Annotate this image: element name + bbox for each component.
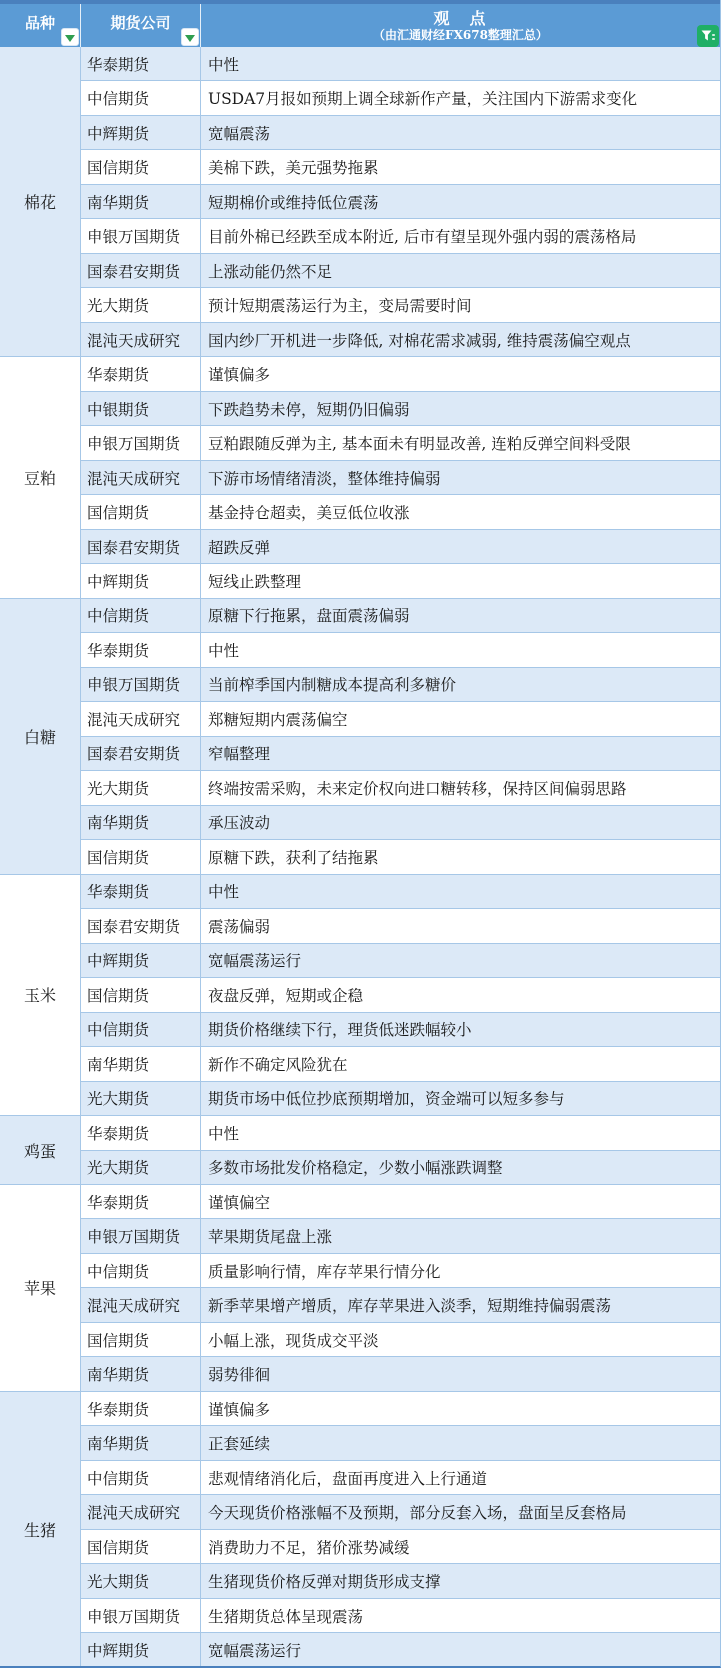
variety-cell: 棉花 (0, 47, 81, 357)
table-row: 南华期货弱势徘徊 (81, 1357, 720, 1391)
table-row: 华泰期货中性 (81, 47, 720, 81)
company-cell: 光大期货 (81, 1564, 201, 1597)
variety-cell: 玉米 (0, 875, 81, 1116)
view-cell: 美棉下跌，美元强势拖累 (201, 150, 720, 183)
table-row: 国泰君安期货震荡偏弱 (81, 909, 720, 943)
table-row: 国信期货原糖下跌，获利了结拖累 (81, 840, 720, 874)
view-cell: 质量影响行情，库存苹果行情分化 (201, 1254, 720, 1287)
company-cell: 混沌天成研究 (81, 323, 201, 356)
group-rows: 华泰期货中性中信期货USDA7月报如预期上调全球新作产量，关注国内下游需求变化中… (81, 47, 720, 357)
view-cell: 小幅上涨，现货成交平淡 (201, 1323, 720, 1356)
table-row: 申银万国期货生猪期货总体呈现震荡 (81, 1599, 720, 1633)
group-rows: 华泰期货谨慎偏多中银期货下跌趋势未停，短期仍旧偏弱申银万国期货豆粕跟随反弹为主,… (81, 357, 720, 598)
table-row: 中辉期货宽幅震荡 (81, 116, 720, 150)
filter-dropdown-icon (65, 35, 75, 42)
company-cell: 南华期货 (81, 1357, 201, 1390)
table-row: 混沌天成研究新季苹果增产增质，库存苹果进入淡季，短期维持偏弱震荡 (81, 1288, 720, 1322)
variety-cell: 生猪 (0, 1392, 81, 1668)
view-cell: 今天现货价格涨幅不及预期，部分反套入场，盘面呈反套格局 (201, 1495, 720, 1528)
company-cell: 华泰期货 (81, 1392, 201, 1425)
view-cell: 谨慎偏多 (201, 1392, 720, 1425)
view-cell: 中性 (201, 633, 720, 666)
table-row: 国泰君安期货超跌反弹 (81, 530, 720, 564)
company-cell: 国信期货 (81, 1323, 201, 1356)
table-row: 光大期货期货市场中低位抄底预期增加，资金端可以短多参与 (81, 1082, 720, 1116)
view-cell: 谨慎偏空 (201, 1185, 720, 1218)
view-cell: 豆粕跟随反弹为主, 基本面未有明显改善, 连粕反弹空间料受限 (201, 426, 720, 459)
filter-funnel-icon (700, 28, 716, 44)
company-cell: 国信期货 (81, 978, 201, 1011)
company-cell: 国泰君安期货 (81, 737, 201, 770)
view-cell: 震荡偏弱 (201, 909, 720, 942)
commodity-group: 苹果华泰期货谨慎偏空申银万国期货苹果期货尾盘上涨中信期货质量影响行情，库存苹果行… (0, 1185, 720, 1392)
table-row: 国信期货小幅上涨，现货成交平淡 (81, 1323, 720, 1357)
table-row: 光大期货预计短期震荡运行为主，变局需要时间 (81, 288, 720, 322)
company-cell: 中辉期货 (81, 564, 201, 597)
view-cell: 期货市场中低位抄底预期增加，资金端可以短多参与 (201, 1082, 720, 1115)
view-cell: 中性 (201, 875, 720, 908)
company-cell: 国信期货 (81, 1530, 201, 1563)
company-cell: 南华期货 (81, 185, 201, 218)
table-row: 国信期货夜盘反弹，短期或企稳 (81, 978, 720, 1012)
table-row: 中信期货原糖下行拖累，盘面震荡偏弱 (81, 599, 720, 633)
table-row: 光大期货多数市场批发价格稳定，少数小幅涨跌调整 (81, 1151, 720, 1185)
header-view-title: 观 点 (433, 9, 487, 28)
view-cell: 谨慎偏多 (201, 357, 720, 390)
variety-cell: 苹果 (0, 1185, 81, 1392)
commodity-group: 玉米华泰期货中性国泰君安期货震荡偏弱中辉期货宽幅震荡运行国信期货夜盘反弹，短期或… (0, 875, 720, 1116)
table-row: 申银万国期货当前榨季国内制糖成本提高利多糖价 (81, 668, 720, 702)
view-cell: 国内纱厂开机进一步降低, 对棉花需求减弱, 维持震荡偏空观点 (201, 323, 720, 356)
group-rows: 华泰期货谨慎偏空申银万国期货苹果期货尾盘上涨中信期货质量影响行情，库存苹果行情分… (81, 1185, 720, 1392)
company-filter-button[interactable] (181, 28, 199, 46)
company-cell: 申银万国期货 (81, 426, 201, 459)
company-cell: 南华期货 (81, 806, 201, 839)
table-row: 国信期货基金持仓超卖，美豆低位收涨 (81, 495, 720, 529)
table-row: 申银万国期货苹果期货尾盘上涨 (81, 1219, 720, 1253)
company-cell: 国泰君安期货 (81, 254, 201, 287)
view-cell: 弱势徘徊 (201, 1357, 720, 1390)
table-row: 混沌天成研究下游市场情绪清淡，整体维持偏弱 (81, 461, 720, 495)
table-row: 中辉期货宽幅震荡运行 (81, 944, 720, 978)
variety-cell: 豆粕 (0, 357, 81, 598)
commodity-group: 白糖中信期货原糖下行拖累，盘面震荡偏弱华泰期货中性申银万国期货当前榨季国内制糖成… (0, 599, 720, 875)
company-cell: 混沌天成研究 (81, 461, 201, 494)
view-cell: 中性 (201, 1116, 720, 1149)
table-row: 中银期货下跌趋势未停，短期仍旧偏弱 (81, 392, 720, 426)
header-company-label: 期货公司 (110, 12, 170, 33)
company-cell: 国信期货 (81, 495, 201, 528)
view-cell: 中性 (201, 47, 720, 80)
view-cell: 宽幅震荡运行 (201, 1633, 720, 1666)
view-cell: 终端按需采购，未来定价权向进口糖转移，保持区间偏弱思路 (201, 771, 720, 804)
company-cell: 申银万国期货 (81, 1219, 201, 1252)
company-cell: 混沌天成研究 (81, 702, 201, 735)
view-cell: 生猪期货总体呈现震荡 (201, 1599, 720, 1632)
table-row: 混沌天成研究国内纱厂开机进一步降低, 对棉花需求减弱, 维持震荡偏空观点 (81, 323, 720, 357)
company-cell: 申银万国期货 (81, 1599, 201, 1632)
table-row: 国信期货美棉下跌，美元强势拖累 (81, 150, 720, 184)
group-rows: 华泰期货中性国泰君安期货震荡偏弱中辉期货宽幅震荡运行国信期货夜盘反弹，短期或企稳… (81, 875, 720, 1116)
table-row: 中信期货USDA7月报如预期上调全球新作产量，关注国内下游需求变化 (81, 81, 720, 115)
table-row: 中信期货期货价格继续下行，理货低迷跌幅较小 (81, 1013, 720, 1047)
variety-filter-button[interactable] (61, 28, 79, 46)
header-view-subtitle: （由汇通财经FX678整理汇总） (373, 28, 548, 43)
view-cell: USDA7月报如预期上调全球新作产量，关注国内下游需求变化 (201, 81, 720, 114)
table-row: 中辉期货短线止跌整理 (81, 564, 720, 598)
view-cell: 预计短期震荡运行为主，变局需要时间 (201, 288, 720, 321)
commodity-group: 生猪华泰期货谨慎偏多南华期货正套延续中信期货悲观情绪消化后，盘面再度进入上行通道… (0, 1392, 720, 1668)
table-row: 混沌天成研究郑糖短期内震荡偏空 (81, 702, 720, 736)
commodity-group: 鸡蛋华泰期货中性光大期货多数市场批发价格稳定，少数小幅涨跌调整 (0, 1116, 720, 1185)
view-cell: 下跌趋势未停，短期仍旧偏弱 (201, 392, 720, 425)
table-row: 华泰期货中性 (81, 875, 720, 909)
view-cell: 宽幅震荡 (201, 116, 720, 149)
company-cell: 华泰期货 (81, 357, 201, 390)
header-variety-label: 品种 (25, 12, 55, 33)
table-row: 南华期货短期棉价或维持低位震荡 (81, 185, 720, 219)
table-row: 南华期货承压波动 (81, 806, 720, 840)
table-row: 南华期货正套延续 (81, 1426, 720, 1460)
company-cell: 中银期货 (81, 392, 201, 425)
group-rows: 华泰期货谨慎偏多南华期货正套延续中信期货悲观情绪消化后，盘面再度进入上行通道混沌… (81, 1392, 720, 1668)
company-cell: 光大期货 (81, 1082, 201, 1115)
table-row: 申银万国期货豆粕跟随反弹为主, 基本面未有明显改善, 连粕反弹空间料受限 (81, 426, 720, 460)
table-body: 棉花华泰期货中性中信期货USDA7月报如预期上调全球新作产量，关注国内下游需求变… (0, 47, 720, 1668)
view-cell: 悲观情绪消化后，盘面再度进入上行通道 (201, 1461, 720, 1494)
company-cell: 华泰期货 (81, 1116, 201, 1149)
table-row: 国泰君安期货窄幅整理 (81, 737, 720, 771)
company-cell: 中信期货 (81, 1013, 201, 1046)
header-view: 观 点 （由汇通财经FX678整理汇总） (201, 4, 720, 47)
view-cell: 新作不确定风险犹在 (201, 1047, 720, 1080)
company-cell: 光大期货 (81, 288, 201, 321)
table-row: 中信期货悲观情绪消化后，盘面再度进入上行通道 (81, 1461, 720, 1495)
company-cell: 混沌天成研究 (81, 1495, 201, 1528)
view-cell: 郑糖短期内震荡偏空 (201, 702, 720, 735)
view-cell: 新季苹果增产增质，库存苹果进入淡季，短期维持偏弱震荡 (201, 1288, 720, 1321)
view-cell: 夜盘反弹，短期或企稳 (201, 978, 720, 1011)
company-cell: 光大期货 (81, 771, 201, 804)
table-row: 光大期货终端按需采购，未来定价权向进口糖转移，保持区间偏弱思路 (81, 771, 720, 805)
futures-views-table: 品种 期货公司 观 点 （由汇通财经FX678整理汇总） 棉花华泰期货中性中信期… (0, 0, 721, 1668)
variety-cell: 鸡蛋 (0, 1116, 81, 1185)
table-row: 中信期货质量影响行情，库存苹果行情分化 (81, 1254, 720, 1288)
company-cell: 华泰期货 (81, 1185, 201, 1218)
company-cell: 华泰期货 (81, 875, 201, 908)
company-cell: 申银万国期货 (81, 219, 201, 252)
company-cell: 中信期货 (81, 1461, 201, 1494)
company-cell: 中辉期货 (81, 944, 201, 977)
company-cell: 南华期货 (81, 1047, 201, 1080)
company-cell: 中辉期货 (81, 1633, 201, 1666)
view-cell: 多数市场批发价格稳定，少数小幅涨跌调整 (201, 1151, 720, 1184)
table-row: 光大期货生猪现货价格反弹对期货形成支撑 (81, 1564, 720, 1598)
view-cell: 正套延续 (201, 1426, 720, 1459)
view-cell: 原糖下行拖累，盘面震荡偏弱 (201, 599, 720, 632)
company-cell: 华泰期货 (81, 633, 201, 666)
view-cell: 下游市场情绪清淡，整体维持偏弱 (201, 461, 720, 494)
toolbar-filter-button[interactable] (697, 25, 719, 47)
variety-cell: 白糖 (0, 599, 81, 875)
view-cell: 超跌反弹 (201, 530, 720, 563)
company-cell: 中信期货 (81, 81, 201, 114)
view-cell: 生猪现货价格反弹对期货形成支撑 (201, 1564, 720, 1597)
table-row: 华泰期货中性 (81, 1116, 720, 1150)
view-cell: 短线止跌整理 (201, 564, 720, 597)
company-cell: 申银万国期货 (81, 668, 201, 701)
view-cell: 承压波动 (201, 806, 720, 839)
table-row: 混沌天成研究今天现货价格涨幅不及预期，部分反套入场，盘面呈反套格局 (81, 1495, 720, 1529)
view-cell: 苹果期货尾盘上涨 (201, 1219, 720, 1252)
company-cell: 国信期货 (81, 840, 201, 873)
company-cell: 南华期货 (81, 1426, 201, 1459)
table-row: 南华期货新作不确定风险犹在 (81, 1047, 720, 1081)
table-row: 华泰期货谨慎偏空 (81, 1185, 720, 1219)
table-header: 品种 期货公司 观 点 （由汇通财经FX678整理汇总） (0, 0, 720, 47)
company-cell: 光大期货 (81, 1151, 201, 1184)
commodity-group: 豆粕华泰期货谨慎偏多中银期货下跌趋势未停，短期仍旧偏弱申银万国期货豆粕跟随反弹为… (0, 357, 720, 598)
view-cell: 基金持仓超卖，美豆低位收涨 (201, 495, 720, 528)
table-row: 申银万国期货目前外棉已经跌至成本附近, 后市有望呈现外强内弱的震荡格局 (81, 219, 720, 253)
company-cell: 中辉期货 (81, 116, 201, 149)
company-cell: 国泰君安期货 (81, 530, 201, 563)
company-cell: 中信期货 (81, 1254, 201, 1287)
company-cell: 华泰期货 (81, 47, 201, 80)
commodity-group: 棉花华泰期货中性中信期货USDA7月报如预期上调全球新作产量，关注国内下游需求变… (0, 47, 720, 357)
view-cell: 宽幅震荡运行 (201, 944, 720, 977)
group-rows: 华泰期货中性光大期货多数市场批发价格稳定，少数小幅涨跌调整 (81, 1116, 720, 1185)
table-row: 国泰君安期货上涨动能仍然不足 (81, 254, 720, 288)
view-cell: 当前榨季国内制糖成本提高利多糖价 (201, 668, 720, 701)
view-cell: 上涨动能仍然不足 (201, 254, 720, 287)
view-cell: 消费助力不足，猪价涨势减缓 (201, 1530, 720, 1563)
group-rows: 中信期货原糖下行拖累，盘面震荡偏弱华泰期货中性申银万国期货当前榨季国内制糖成本提… (81, 599, 720, 875)
view-cell: 短期棉价或维持低位震荡 (201, 185, 720, 218)
view-cell: 期货价格继续下行，理货低迷跌幅较小 (201, 1013, 720, 1046)
company-cell: 中信期货 (81, 599, 201, 632)
table-row: 国信期货消费助力不足，猪价涨势减缓 (81, 1530, 720, 1564)
table-row: 华泰期货谨慎偏多 (81, 1392, 720, 1426)
table-row: 中辉期货宽幅震荡运行 (81, 1633, 720, 1667)
table-row: 华泰期货谨慎偏多 (81, 357, 720, 391)
view-cell: 原糖下跌，获利了结拖累 (201, 840, 720, 873)
company-cell: 混沌天成研究 (81, 1288, 201, 1321)
view-cell: 目前外棉已经跌至成本附近, 后市有望呈现外强内弱的震荡格局 (201, 219, 720, 252)
company-cell: 国信期货 (81, 150, 201, 183)
view-cell: 窄幅整理 (201, 737, 720, 770)
filter-dropdown-icon (185, 35, 195, 42)
company-cell: 国泰君安期货 (81, 909, 201, 942)
table-row: 华泰期货中性 (81, 633, 720, 667)
